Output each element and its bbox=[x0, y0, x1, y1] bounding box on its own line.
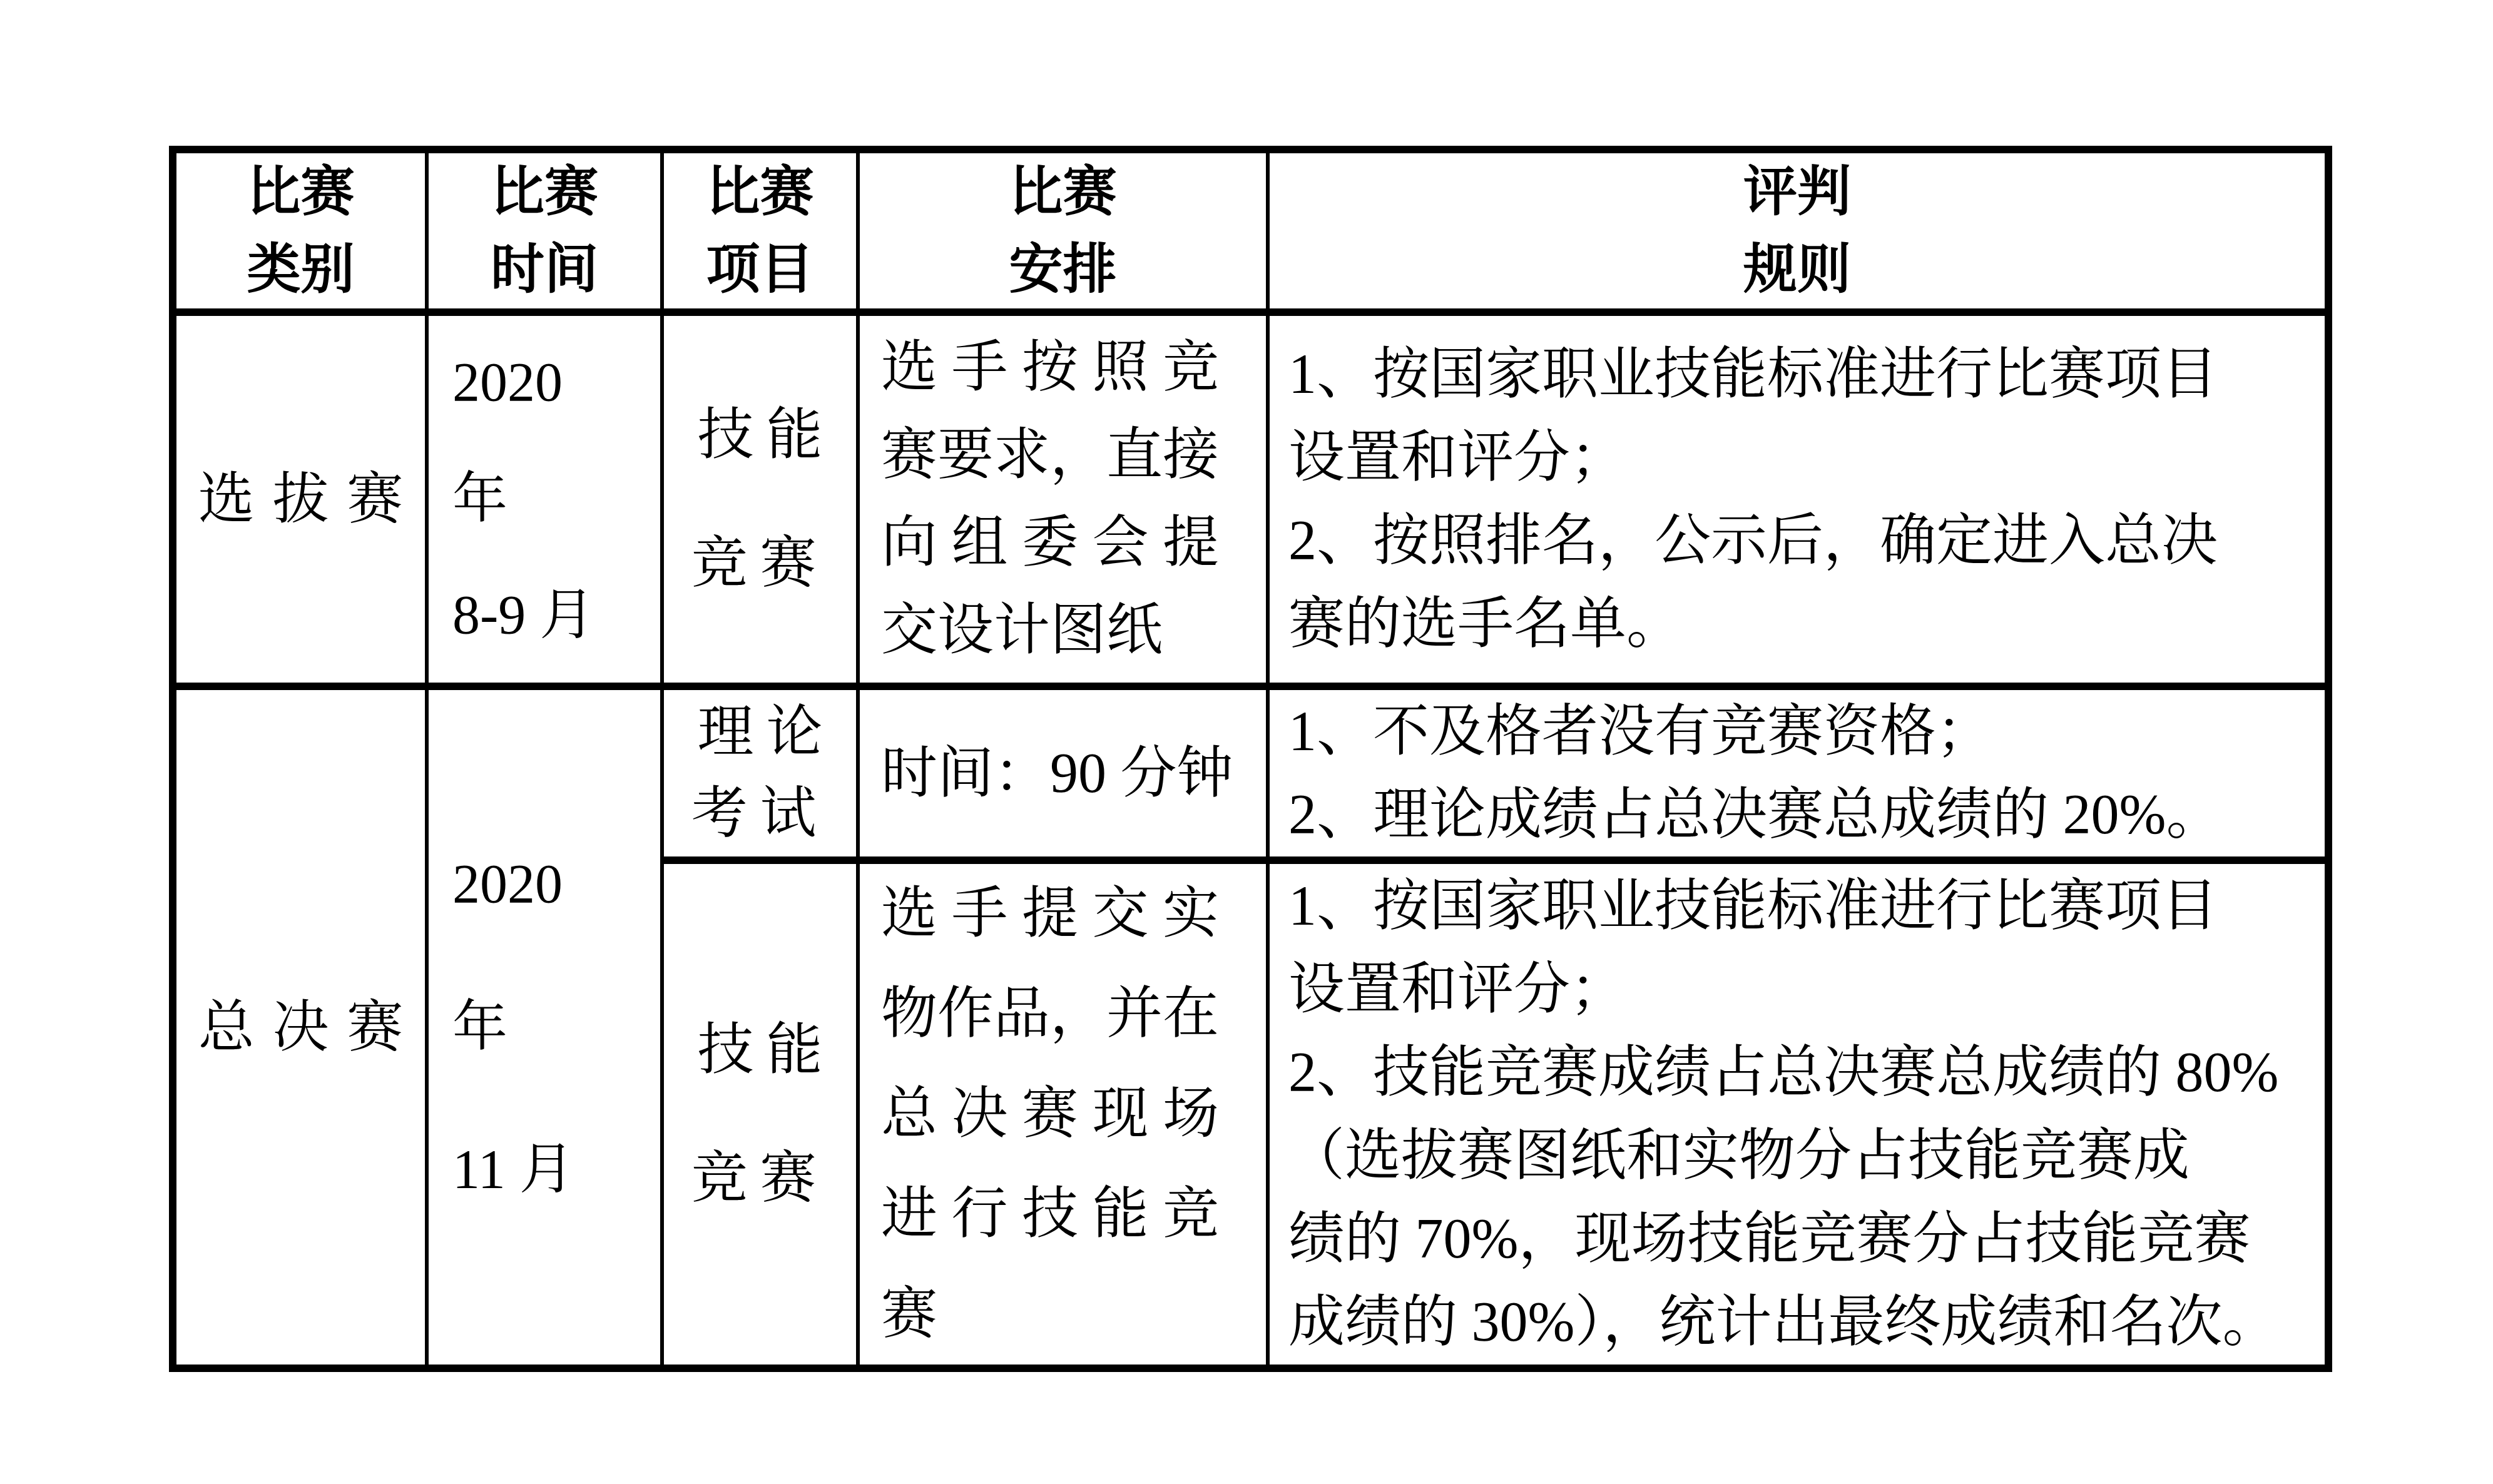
document-page: 比赛 类别 比赛 时间 比赛 项目 比赛 安排 评判 规则 选拔赛 2020 年… bbox=[0, 0, 2493, 1484]
final-theory-rules-cell: 1、不及格者没有竞赛资格； 2、理论成绩占总决赛总成绩的 20%。 bbox=[1268, 686, 2328, 860]
selection-arrangement-cell: 选 手 按 照 竞 赛要求，直接 向 组 委 会 提 交设计图纸 bbox=[858, 312, 1268, 686]
final-skill-rules-cell: 1、按国家职业技能标准进行比赛项目 设置和评分； 2、技能竞赛成绩占总决赛总成绩… bbox=[1268, 860, 2328, 1368]
table-row-final-theory: 总决赛 2020 年 11 月 理论 考试 时间：90 分钟 1、不及格者没有竞… bbox=[173, 686, 2328, 860]
header-cell-time: 比赛 时间 bbox=[427, 150, 662, 312]
table-row-selection: 选拔赛 2020 年 8-9 月 技能 竞赛 选 手 按 照 竞 赛要求，直接 … bbox=[173, 312, 2328, 686]
header-cell-category: 比赛 类别 bbox=[173, 150, 427, 312]
header-cell-arrangement: 比赛 安排 bbox=[858, 150, 1268, 312]
final-skill-arrangement-cell: 选 手 提 交 实 物作品，并在 总 决 赛 现 场 进 行 技 能 竞 赛 bbox=[858, 860, 1268, 1368]
final-skill-item-cell: 技能 竞赛 bbox=[662, 860, 858, 1368]
selection-time-cell: 2020 年 8-9 月 bbox=[427, 312, 662, 686]
final-theory-arrangement-cell: 时间：90 分钟 bbox=[858, 686, 1268, 860]
header-cell-rules: 评判 规则 bbox=[1268, 150, 2328, 312]
selection-item-cell: 技能 竞赛 bbox=[662, 312, 858, 686]
selection-rules-cell: 1、按国家职业技能标准进行比赛项目 设置和评分； 2、按照排名，公示后，确定进入… bbox=[1268, 312, 2328, 686]
competition-table: 比赛 类别 比赛 时间 比赛 项目 比赛 安排 评判 规则 选拔赛 2020 年… bbox=[169, 146, 2332, 1372]
table-header-row: 比赛 类别 比赛 时间 比赛 项目 比赛 安排 评判 规则 bbox=[173, 150, 2328, 312]
selection-category-cell: 选拔赛 bbox=[173, 312, 427, 686]
header-cell-item: 比赛 项目 bbox=[662, 150, 858, 312]
final-category-cell: 总决赛 bbox=[173, 686, 427, 1368]
final-time-cell: 2020 年 11 月 bbox=[427, 686, 662, 1368]
final-theory-item-cell: 理论 考试 bbox=[662, 686, 858, 860]
